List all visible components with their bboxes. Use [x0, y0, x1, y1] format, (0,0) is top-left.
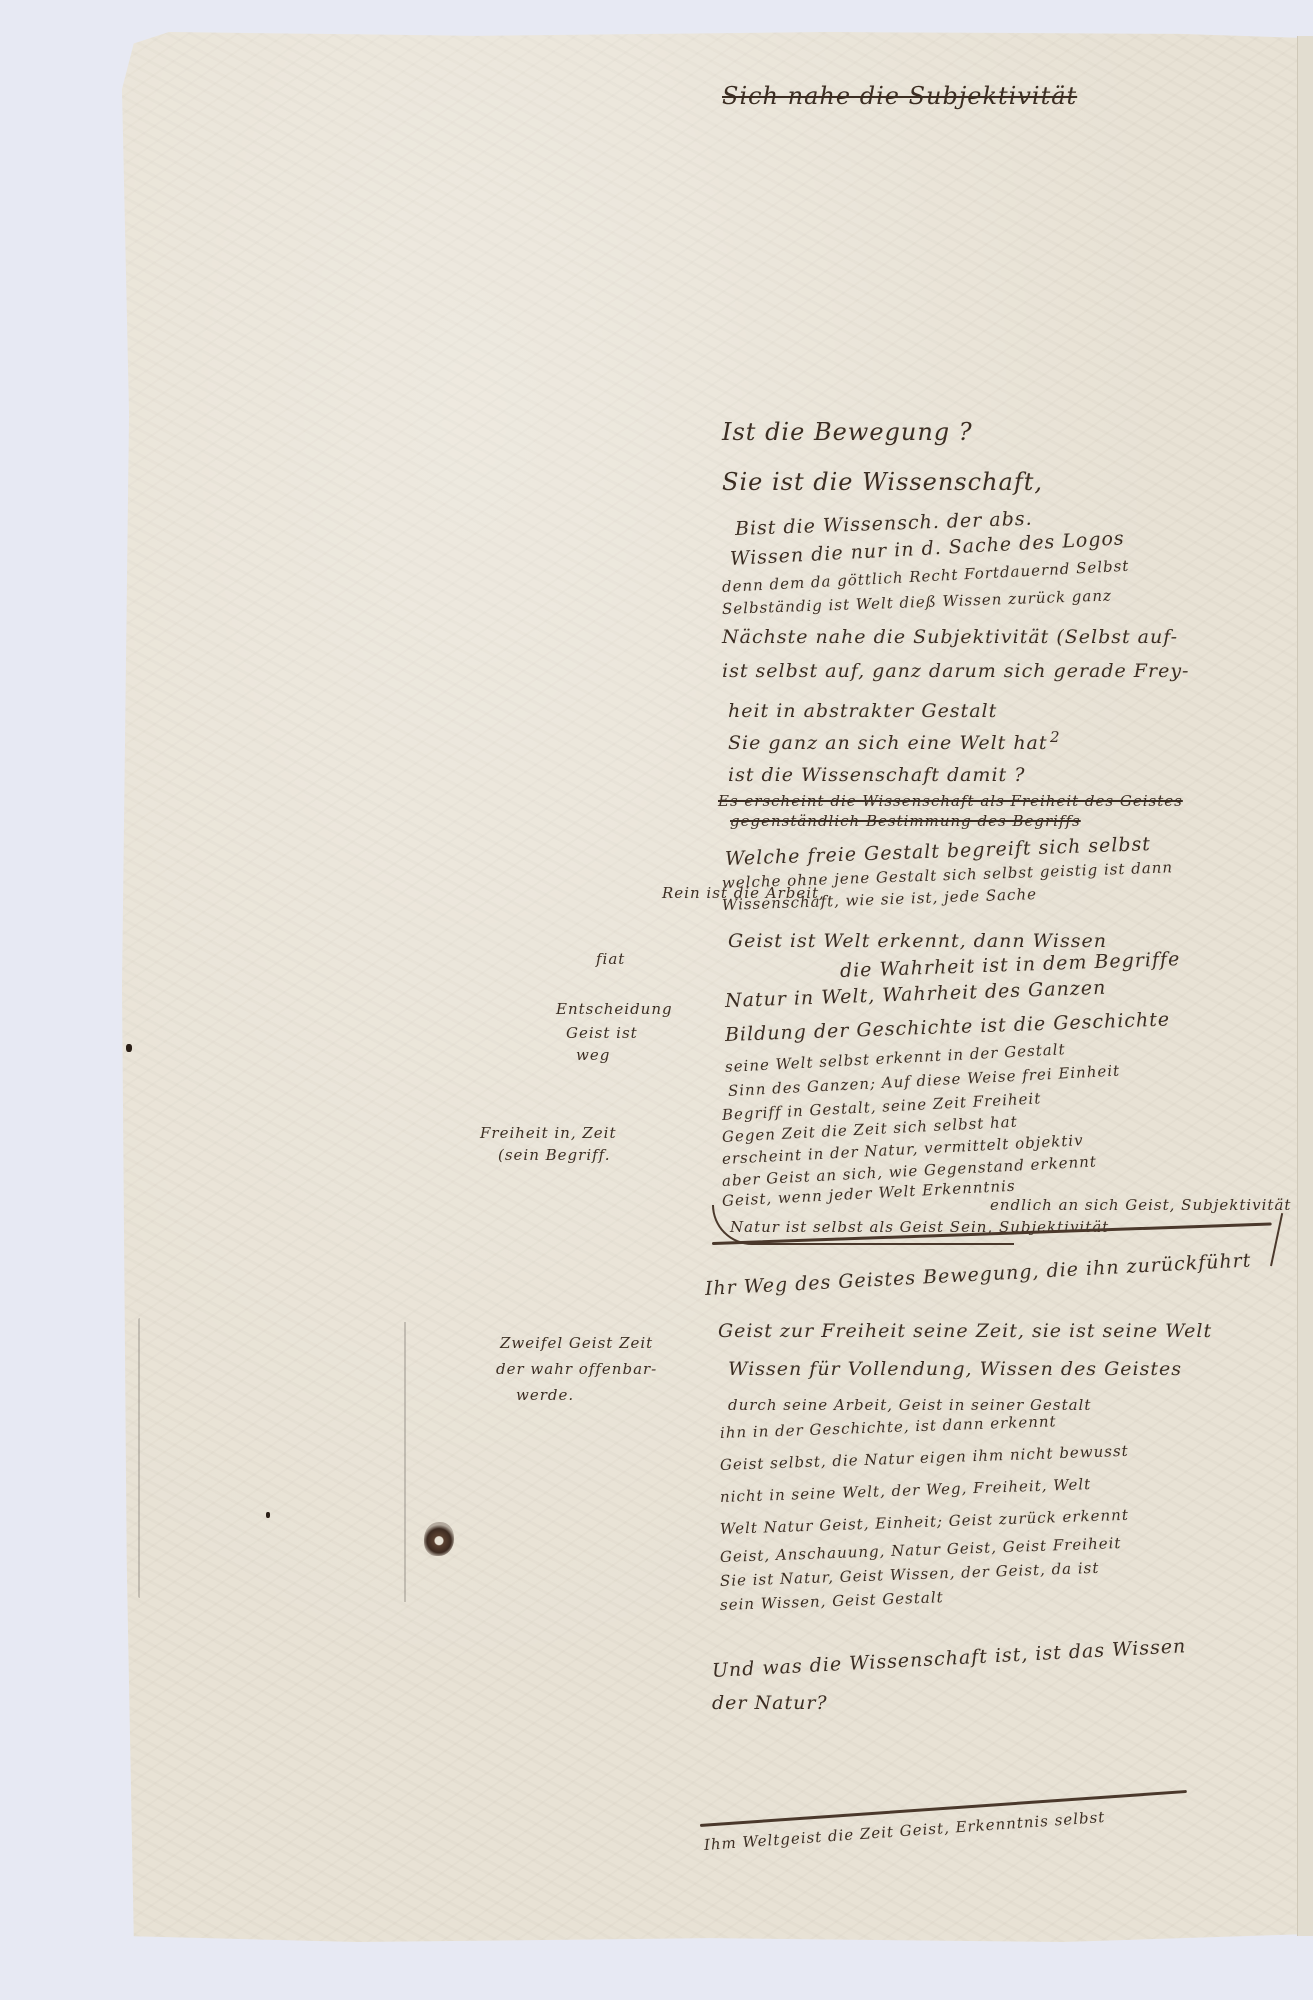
- margin-text: der wahr offenbar-: [496, 1360, 657, 1378]
- text-line: der Natur?: [712, 1692, 828, 1714]
- margin-text: Geist ist: [566, 1024, 638, 1042]
- margin-text: (sein Begriff.: [498, 1146, 610, 1164]
- margin-text: Zweifel Geist Zeit: [500, 1334, 653, 1352]
- struck-heading: Sich nahe die Subjektivität: [722, 82, 1077, 110]
- text-line: durch seine Arbeit, Geist in seiner Gest…: [728, 1396, 1091, 1414]
- text-line: Sie ist die Wissenschaft,: [722, 468, 1043, 496]
- text-line: Geist zur Freiheit seine Zeit, sie ist s…: [718, 1320, 1212, 1342]
- text-line: Ist die Bewegung ?: [722, 418, 973, 446]
- ink-dot: [266, 1512, 270, 1518]
- text-line: heit in abstrakter Gestalt: [728, 700, 997, 722]
- margin-text: Rein ist die Arbeit,: [662, 884, 825, 902]
- margin-text: fiat: [596, 950, 625, 968]
- struck-line: gegenständlich Bestimmung des Begriffs: [730, 812, 1081, 830]
- pencil-line-mark: [404, 1322, 406, 1602]
- struck-line: Es erscheint die Wissenschaft als Freihe…: [718, 792, 1183, 810]
- text-line: Wissen für Vollendung, Wissen des Geiste…: [728, 1358, 1182, 1380]
- superscript-mark: 2: [1050, 728, 1061, 746]
- adjacent-sheet-edge: [1297, 36, 1313, 1936]
- text-line: Geist ist Welt erkennt, dann Wissen: [728, 930, 1107, 952]
- text-line: Sie ganz an sich eine Welt hat: [728, 732, 1048, 754]
- margin-text: Entscheidung: [556, 1000, 673, 1018]
- text-line: ist selbst auf, ganz darum sich gerade F…: [722, 660, 1189, 682]
- text-line: Nächste nahe die Subjektivität (Selbst a…: [722, 626, 1178, 648]
- margin-text: weg: [576, 1046, 610, 1064]
- margin-text: Freiheit in, Zeit: [480, 1124, 617, 1142]
- ink-blot: [424, 1522, 454, 1556]
- text-line: endlich an sich Geist, Subjektivität: [990, 1196, 1291, 1214]
- pencil-bracket-mark: [138, 1318, 140, 1598]
- text-line: ist die Wissenschaft damit ?: [728, 764, 1025, 786]
- margin-text: werde.: [516, 1386, 574, 1404]
- ink-dot: [126, 1044, 132, 1052]
